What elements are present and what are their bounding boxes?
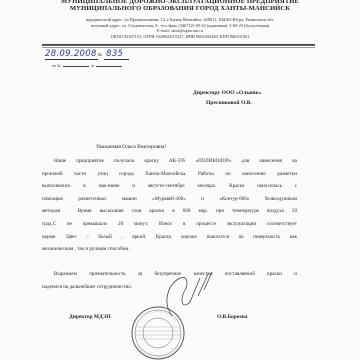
signatory-name: О.В.Борозна — [217, 314, 247, 320]
addressee-position: Директору ООО «Ольвик» — [193, 90, 360, 96]
body-line: Наше предприятие получало краску АК-595 … — [42, 155, 297, 168]
body-line: методом . Время высыхания слоя краски в … — [42, 205, 297, 218]
ref-number-blank — [63, 66, 89, 67]
outgoing-date: 28.09.2008 — [45, 49, 98, 60]
email: E-mail: omts@ugracom.ru — [0, 28, 360, 34]
letterhead-divider-thin — [42, 47, 315, 48]
ref-number-label: на № — [52, 63, 61, 68]
signatory-title: Директор МДЭП — [69, 314, 111, 320]
org-name-line2: МУНИЦИПАЛЬНОГО ОБРАЗОВАНИЯ ГОРОД ХАНТЫ-М… — [0, 5, 360, 12]
body-paragraph-1: Наше предприятие получало краску АК-595 … — [42, 155, 297, 256]
registration-codes: ОКПО 03307153, ОГРН 1028600515327, ИНН 8… — [0, 34, 360, 40]
reference-line: на №от — [52, 63, 124, 68]
body-line: норме. Цвет – белый , яркий. Краска хоро… — [42, 231, 297, 244]
outgoing-number: 835 — [104, 49, 129, 60]
ref-date-blank — [96, 66, 122, 67]
body-line: выполнялись в мае-июне и августе-сентябр… — [42, 180, 297, 193]
letterhead-divider — [42, 44, 315, 46]
body-line: град.С не превышало 20 минут. Износ в пр… — [42, 218, 297, 231]
outgoing-date-number: 28.09.2008№835 — [45, 49, 135, 59]
ref-from-label: от — [91, 63, 95, 68]
salutation: Уважаемая Ольга Викторовна! — [96, 144, 166, 150]
body-line: помощью разметочных машин «Муравей-300» … — [42, 193, 297, 206]
body-line: механическим , так и ручным способом. — [42, 243, 297, 256]
official-seal-icon — [130, 305, 186, 360]
body-line: проезжей части улиц города Ханты-Мансийс… — [42, 168, 297, 181]
letter-page: МУНИЦИПАЛЬНОЕ ДОРОЖНО-ЭКСПЛУАТАЦИОННОЕ П… — [0, 0, 360, 360]
addressee-name: Пресняковой О.В. — [206, 100, 360, 106]
number-label: № — [98, 52, 102, 57]
